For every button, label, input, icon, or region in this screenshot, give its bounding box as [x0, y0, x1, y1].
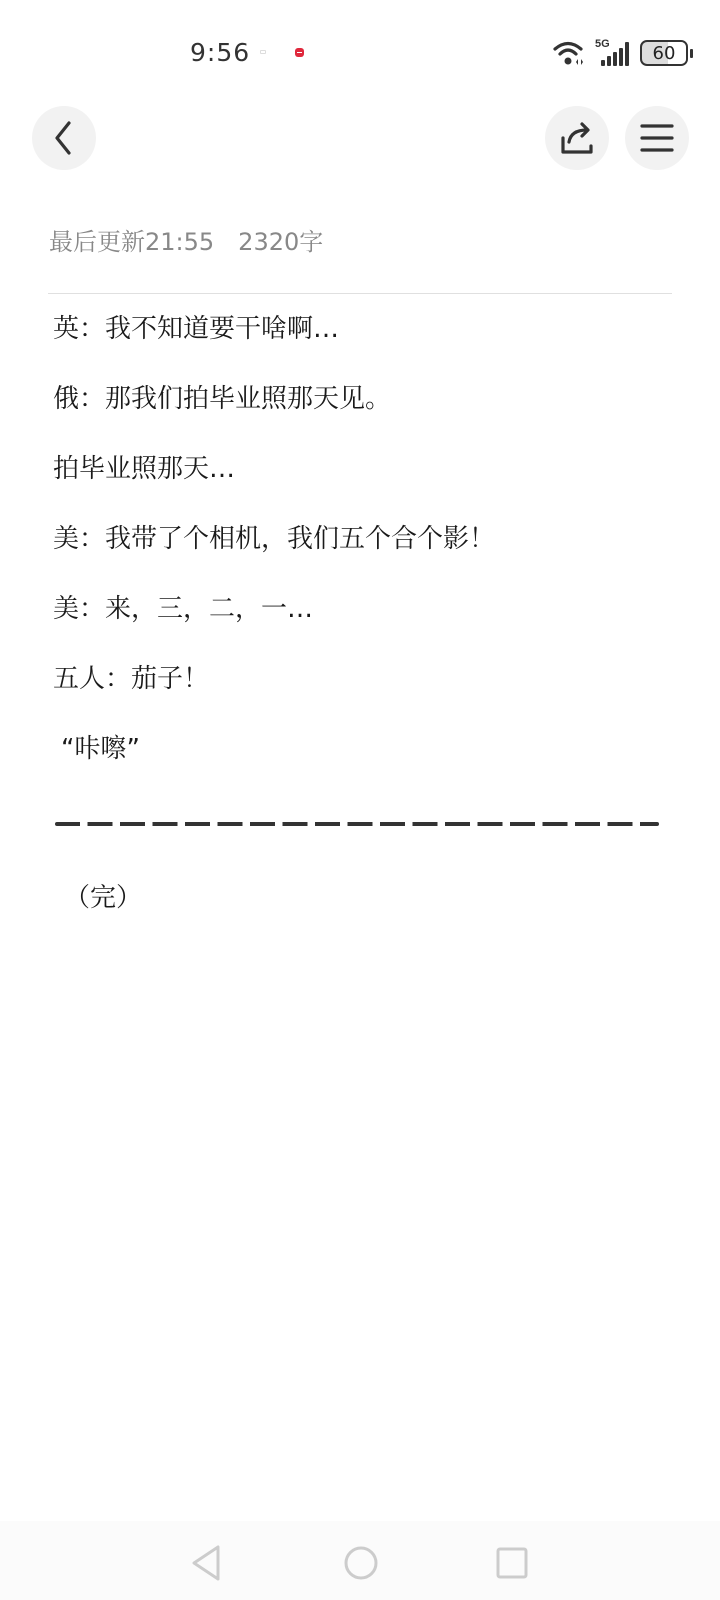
battery-level: 60: [653, 43, 676, 64]
small-notification-icon: [260, 50, 266, 54]
note-meta: 最后更新21:552320字: [49, 222, 323, 257]
signal-icon: 5G: [595, 38, 631, 66]
word-count: 2320字: [238, 228, 323, 256]
back-triangle-icon[interactable]: [188, 1543, 228, 1583]
system-nav-bar: [0, 1521, 720, 1600]
status-bar: 9:56 5G 60: [0, 30, 720, 78]
paragraph: 五人：茄子！: [53, 662, 673, 732]
recents-square-icon[interactable]: [492, 1543, 532, 1583]
status-time: 9:56: [190, 38, 250, 67]
last-updated-label: 最后更新21:55: [49, 228, 214, 256]
chevron-left-icon: [49, 118, 79, 158]
paragraph: 英：我不知道要干啥啊…: [53, 312, 673, 382]
end-mark: （完）: [64, 877, 142, 914]
red-app-notification-icon: [295, 48, 304, 57]
paragraph: “咔嚓”: [61, 732, 673, 802]
battery-icon: 60: [640, 40, 688, 66]
wifi-icon: [553, 40, 587, 66]
paragraph: 俄：那我们拍毕业照那天见。: [53, 382, 673, 452]
home-circle-icon[interactable]: [341, 1543, 381, 1583]
hamburger-menu-icon: [640, 123, 674, 153]
share-button[interactable]: [545, 106, 609, 170]
paragraph: 美：我带了个相机，我们五个合个影！: [53, 522, 673, 592]
divider: [48, 293, 672, 294]
menu-button[interactable]: [625, 106, 689, 170]
share-icon: [559, 120, 595, 156]
note-body[interactable]: 英：我不知道要干啥啊… 俄：那我们拍毕业照那天见。 拍毕业照那天… 美：我带了个…: [53, 312, 673, 802]
separator-line: [55, 822, 659, 826]
back-button[interactable]: [32, 106, 96, 170]
paragraph: 美：来，三，二，一…: [53, 592, 673, 662]
battery-tip: [690, 49, 693, 58]
paragraph: 拍毕业照那天…: [53, 452, 673, 522]
